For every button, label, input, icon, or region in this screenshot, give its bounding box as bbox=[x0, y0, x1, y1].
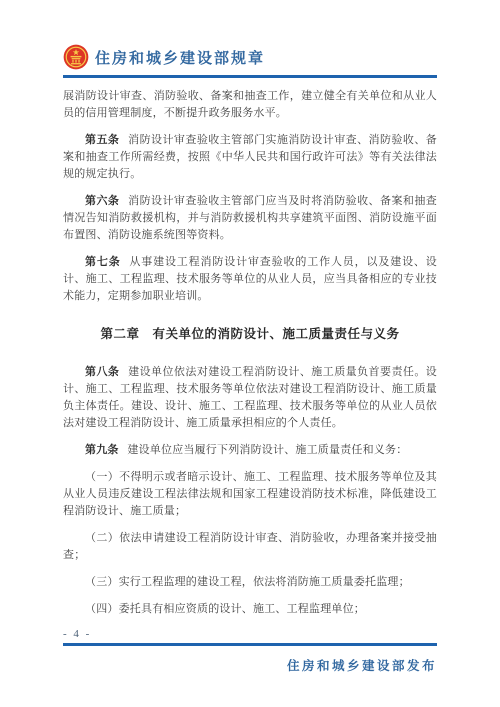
article-6-label: 第六条 bbox=[85, 195, 128, 207]
article-9-text: 建设单位应当履行下列消防设计、施工质量责任和义务： bbox=[127, 444, 407, 456]
item-2-paragraph: （二）依法申请建设工程消防设计审查、消防验收，办理备案并接受抽查； bbox=[63, 530, 437, 564]
article-9-label: 第九条 bbox=[85, 444, 127, 456]
article-8-label: 第八条 bbox=[85, 366, 128, 378]
item-3-text: （三）实行工程监理的建设工程，依法将消防施工质量委托监理； bbox=[85, 576, 410, 588]
page-footer: - 4 - 住房和城乡建设部发布 bbox=[63, 628, 437, 674]
china-national-emblem-icon bbox=[63, 44, 89, 70]
article-6-paragraph: 第六条消防设计审查验收主管部门应当及时将消防验收、备案和抽查情况告知消防救援机构… bbox=[63, 193, 437, 244]
document-category-title: 住房和城乡建设部规章 bbox=[95, 47, 265, 68]
item-3-paragraph: （三）实行工程监理的建设工程，依法将消防施工质量委托监理； bbox=[63, 574, 437, 591]
item-4-text: （四）委托具有相应资质的设计、施工、工程监理单位； bbox=[85, 603, 365, 615]
continuation-paragraph: 展消防设计审查、消防验收、备案和抽查工作，建立健全有关单位和从业人员的信用管理制… bbox=[63, 88, 437, 122]
article-9-paragraph: 第九条建设单位应当履行下列消防设计、施工质量责任和义务： bbox=[63, 442, 437, 459]
article-7-paragraph: 第七条从事建设工程消防设计审查验收的工作人员，以及建设、设计、施工、工程监理、技… bbox=[63, 254, 437, 305]
article-5-label: 第五条 bbox=[85, 134, 128, 146]
document-page: 住房和城乡建设部规章 展消防设计审查、消防验收、备案和抽查工作，建立健全有关单位… bbox=[0, 0, 500, 707]
paragraph-text: 展消防设计审查、消防验收、备案和抽查工作，建立健全有关单位和从业人员的信用管理制… bbox=[63, 90, 437, 119]
chapter-2-heading: 第二章 有关单位的消防设计、施工质量责任与义务 bbox=[63, 326, 437, 343]
item-2-text: （二）依法申请建设工程消防设计审查、消防验收，办理备案并接受抽查； bbox=[63, 532, 437, 561]
publisher-line: 住房和城乡建设部发布 bbox=[63, 656, 437, 674]
item-1-paragraph: （一）不得明示或者暗示设计、施工、工程监理、技术服务等单位及其从业人员违反建设工… bbox=[63, 469, 437, 520]
header-rule bbox=[63, 75, 437, 78]
page-number: - 4 - bbox=[63, 628, 437, 640]
item-1-text: （一）不得明示或者暗示设计、施工、工程监理、技术服务等单位及其从业人员违反建设工… bbox=[63, 471, 437, 517]
regulation-text: 展消防设计审查、消防验收、备案和抽查工作，建立健全有关单位和从业人员的信用管理制… bbox=[63, 88, 437, 618]
footer-rule bbox=[63, 643, 437, 646]
article-8-paragraph: 第八条建设单位依法对建设工程消防设计、施工质量负首要责任。设计、施工、工程监理、… bbox=[63, 364, 437, 432]
article-5-paragraph: 第五条消防设计审查验收主管部门实施消防设计审查、消防验收、备案和抽查工作所需经费… bbox=[63, 132, 437, 183]
article-7-label: 第七条 bbox=[85, 256, 129, 268]
masthead: 住房和城乡建设部规章 bbox=[63, 44, 437, 70]
item-4-paragraph: （四）委托具有相应资质的设计、施工、工程监理单位； bbox=[63, 601, 437, 618]
page-content: 住房和城乡建设部规章 展消防设计审查、消防验收、备案和抽查工作，建立健全有关单位… bbox=[63, 44, 437, 628]
